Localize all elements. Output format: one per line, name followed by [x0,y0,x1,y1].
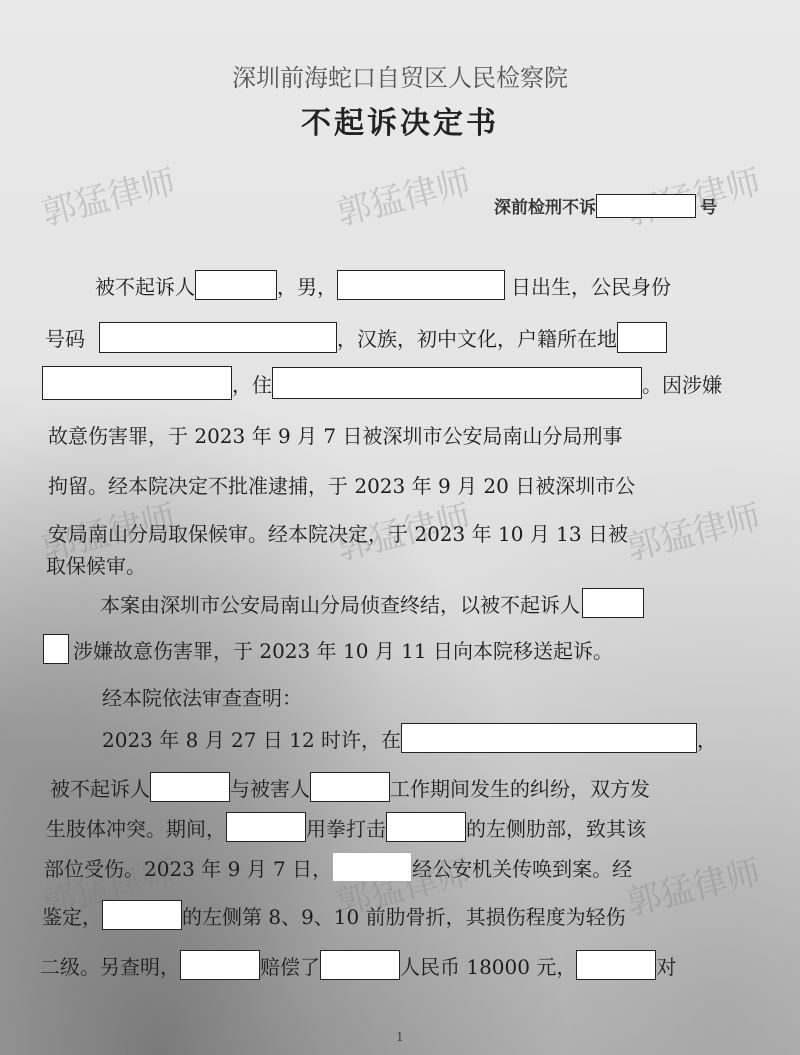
redaction-box [401,723,697,753]
text-segment: 对 [656,951,676,980]
document-number: 深前检刑不诉 号 [494,193,717,218]
text-segment: 日出生，公民身份 [511,271,671,300]
text-line: 本案由深圳市公安局南山分局侦查终结，以被不起诉人 [100,588,644,618]
redaction-box [150,772,230,802]
text-segment: 本案由深圳市公安局南山分局侦查终结，以被不起诉人 [100,589,580,618]
doc-number-suffix: 号 [700,193,717,218]
redaction-box [99,322,337,353]
text-segment: ， [697,724,717,753]
text-segment: 赔偿了 [260,951,320,980]
text-segment: 鉴定， [42,901,102,930]
watermark: 郭猛律师 [621,844,765,924]
text-segment: 与被害人 [230,773,310,802]
doc-number-prefix: 深前检刑不诉 [494,193,596,218]
text-segment: 部位受伤。2023 年 9 月 7 日， [44,853,332,882]
text-segment: 。因涉嫌 [642,369,722,398]
document-title: 不起诉决定书 [0,98,800,142]
text-segment: 二级。另查明， [40,951,180,980]
page-number: 1 [396,1030,404,1044]
redaction-box [102,900,182,930]
redaction-box [576,950,656,980]
text-line: 取保候审。 [46,550,146,579]
redaction-box [272,367,642,399]
text-segment: 生肢体冲突。期间， [46,813,226,842]
watermark: 郭猛律师 [621,489,765,569]
text-segment: 用拳打击 [306,813,386,842]
text-segment: ，住 [232,369,272,398]
text-segment: 工作期间发生的纠纷，双方发 [390,773,650,802]
redaction-box [386,812,466,842]
redaction-box [617,322,667,353]
text-segment: 经公安机关传唤到案。经 [412,853,632,882]
watermark: 郭猛律师 [331,154,475,234]
redaction-box [195,270,277,300]
text-segment: 号码 [45,323,85,352]
text-segment: 被不起诉人 [95,271,195,300]
text-segment: 涉嫌故意伤害罪，于 2023 年 10 月 11 日向本院移送起诉。 [73,635,613,664]
text-line: 故意伤害罪，于 2023 年 9 月 7 日被深圳市公安局南山分局刑事 [48,420,623,449]
text-line: 被不起诉人 与被害人 工作期间发生的纠纷，双方发 [50,772,650,802]
text-segment: 的左侧肋部，致其该 [466,813,646,842]
text-line: 被不起诉人 ，男， 日出生，公民身份 [95,270,671,300]
redaction-box [42,366,232,400]
text-segment: 被不起诉人 [50,773,150,802]
text-line: 拘留。经本院决定不批准逮捕，于 2023 年 9 月 20 日被深圳市公 [48,470,635,499]
text-segment: 2023 年 8 月 27 日 12 时许，在 [102,724,401,753]
text-segment: 人民币 18000 元， [400,951,576,980]
redaction-box [337,270,505,300]
redaction-box [226,812,306,842]
text-line: 2023 年 8 月 27 日 12 时许，在 ， [102,723,717,753]
redaction-box [596,194,696,218]
redaction-box [180,950,260,980]
text-line: 生肢体冲突。期间， 用拳打击 的左侧肋部，致其该 [46,812,646,842]
redaction-box [310,772,390,802]
text-segment: ，汉族，初中文化，户籍所在地 [337,323,617,352]
text-segment: ，男， [277,271,337,300]
text-segment: 的左侧第 8、9、10 前肋骨折，其损伤程度为轻伤 [182,901,626,930]
redaction-box [43,634,69,664]
redaction-box [320,950,400,980]
text-line: 鉴定， 的左侧第 8、9、10 前肋骨折，其损伤程度为轻伤 [42,900,626,930]
text-line: 安局南山分局取保候审。经本院决定，于 2023 年 10 月 13 日被 [48,518,628,547]
text-line: ，住 。因涉嫌 [42,366,722,400]
redaction-box [582,588,644,618]
text-line: 号码 ，汉族，初中文化，户籍所在地 [45,322,667,353]
text-line: 经本院依法审查查明： [102,682,302,711]
issuing-organization: 深圳前海蛇口自贸区人民检察院 [0,58,800,93]
redaction-box [332,852,412,882]
text-line: 部位受伤。2023 年 9 月 7 日， 经公安机关传唤到案。经 [44,852,632,882]
text-line: 涉嫌故意伤害罪，于 2023 年 10 月 11 日向本院移送起诉。 [43,634,613,664]
text-line: 二级。另查明， 赔偿了 人民币 18000 元， 对 [40,950,676,980]
watermark: 郭猛律师 [36,154,180,234]
